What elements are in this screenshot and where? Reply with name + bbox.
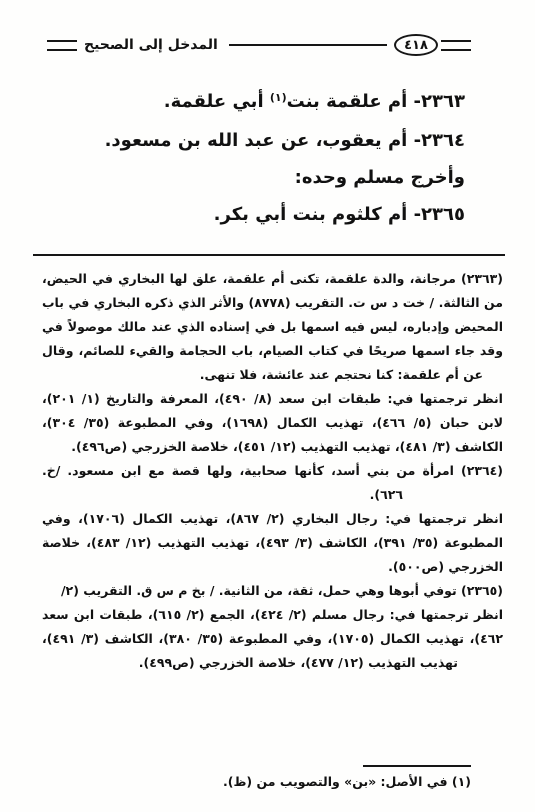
header-double-rule-left (47, 40, 77, 51)
entry-2363-text: ٢٣٦٣- أم علقمة بنت (287, 91, 465, 112)
footnote-separator-rule (33, 254, 505, 256)
hadith-entry-2363: ٢٣٦٣- أم علقمة بنت(١) أبي علقمة. (40, 83, 465, 122)
editor-note-rule (363, 765, 471, 767)
footnotes-block: (٢٣٦٣) مرجانة، والدة علقمة، تكنى أم علقم… (42, 267, 503, 675)
page-number-badge: ٤١٨ (394, 34, 438, 56)
footnote-ref-1: (١) (270, 91, 287, 104)
entry-2363-text-cont: أبي علقمة. (164, 91, 270, 112)
editor-note-block: (١) في الأصل: «بن» والتصويب من (ظ). (60, 765, 471, 789)
main-text: ٢٣٦٣- أم علقمة بنت(١) أبي علقمة. ٢٣٦٤- أ… (40, 83, 465, 233)
footnote-line: (٢٣٦٣) مرجانة، والدة علقمة، تكنى أم علقم… (42, 267, 503, 291)
footnote-line: انظر ترجمتها في: رجال مسلم (٢/ ٤٢٤)، الج… (42, 603, 503, 627)
footnote-line: المطبوعة (٣٥/ ٣٩١)، الكاشف (٣/ ٤٩٣)، تهذ… (42, 531, 503, 555)
footnote-line: انظر ترجمتها في: رجال البخاري (٢/ ٨٦٧)، … (42, 507, 503, 531)
book-title: المدخل إلى الصحيح (77, 37, 225, 53)
footnote-line: ٤٦٢)، تهذيب الكمال (١٧٠٥)، وفي المطبوعة … (42, 627, 503, 651)
footnote-line: الكاشف (٣/ ٤٨١)، تهذيب التهذيب (١٢/ ٤٥١)… (42, 435, 503, 459)
footnote-line: الخزرجي (ص٥٠٠). (42, 555, 503, 579)
footnote-line: من الثالثة. / خت د س ت. التقريب (٨٧٧٨) و… (42, 291, 503, 315)
hadith-entry-2364: ٢٣٦٤- أم يعقوب، عن عبد الله بن مسعود. (40, 122, 465, 159)
page-header: ٤١٨ المدخل إلى الصحيح (47, 34, 471, 56)
page-number: ٤١٨ (404, 38, 428, 53)
footnote-line: المحيض وإدباره، ليس فيه اسمها بل في إسنا… (42, 315, 503, 339)
muslim-heading: وأخرج مسلم وحده: (40, 159, 465, 196)
editor-note-text: (١) في الأصل: «بن» والتصويب من (ظ). (60, 774, 471, 789)
footnote-line: لابن حبان (٥/ ٤٦٦)، تهذيب الكمال (١٦٩٨)،… (42, 411, 503, 435)
footnote-line: ٦٢٦). (42, 483, 503, 507)
header-double-rule-right (441, 40, 471, 51)
hadith-entry-2365: ٢٣٦٥- أم كلثوم بنت أبي بكر. (40, 196, 465, 233)
footnote-line: عن أم علقمة: كنا نحتجم عند عائشة، فلا تن… (42, 363, 503, 387)
header-rule (229, 44, 387, 46)
footnote-line: وقد جاء اسمها صريحًا في كتاب الصيام، باب… (42, 339, 503, 363)
book-page: ٤١٨ المدخل إلى الصحيح ٢٣٦٣- أم علقمة بنت… (0, 0, 535, 812)
footnote-line: تهذيب التهذيب (١٢/ ٤٧٧)، خلاصة الخزرجي (… (42, 651, 503, 675)
footnote-line: انظر ترجمتها في: طبقات ابن سعد (٨/ ٤٩٠)،… (42, 387, 503, 411)
footnote-line: (٢٣٦٥) توفي أبوها وهي حمل، ثقة، من الثان… (42, 579, 503, 603)
footnote-line: (٢٣٦٤) امرأة من بني أسد، كأنها صحابية، و… (42, 459, 503, 483)
